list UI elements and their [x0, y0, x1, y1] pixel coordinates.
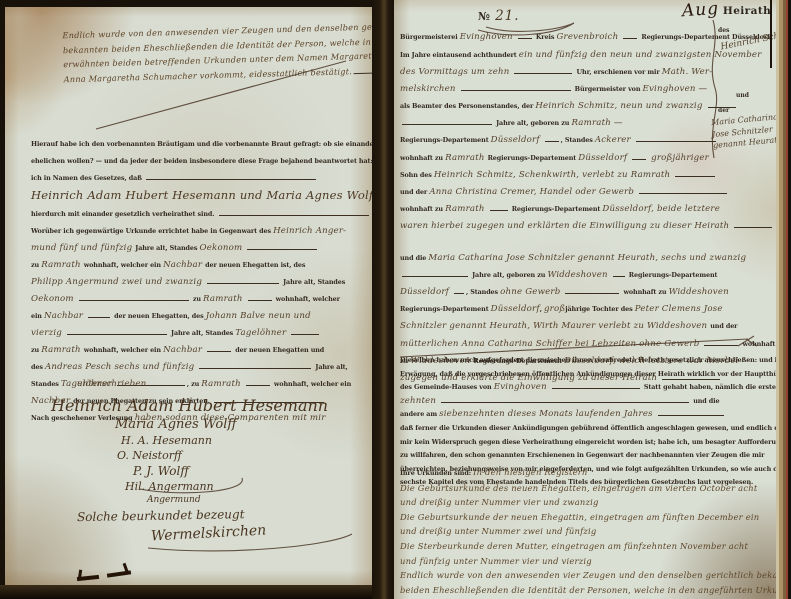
printed-text: wohnhaft zu: [400, 154, 445, 162]
text-line: mund fünf und fünfzig Jahre alt, Standes…: [31, 238, 367, 255]
ink-rule: [658, 410, 724, 416]
handwritten-text: waren hierbei zugegen und erklärten die …: [400, 221, 732, 231]
handwritten-text: und dreißig unter Nummer zwei und fünfzi…: [400, 526, 596, 536]
handwritten-text: Ramrath: [445, 153, 488, 163]
printed-text: des Gemeinde-Hauses von: [400, 383, 494, 391]
text-line: waren hierbei zugegen und erklärten die …: [400, 216, 714, 233]
ink-rule: [490, 205, 508, 211]
text-line: Sohn des Heinrich Schmitz, Schenkwirth, …: [400, 165, 714, 182]
printed-text: Regierungs-Departement: [400, 305, 491, 313]
record-body-text: Im Jahre eintausend achthundert ein und …: [400, 45, 714, 385]
ink-rule: [623, 33, 637, 39]
text-line: andere am siebenzehnten dieses Monats la…: [400, 406, 760, 420]
text-line: Oekonom zu Ramrath wohnhaft, welcher: [31, 289, 367, 306]
handwritten-text: Tagelöhner: [235, 328, 289, 338]
handwritten-text: siebenzehnten dieses Monats laufenden Ja…: [439, 409, 656, 419]
text-line: ehelichen wollen? — und da jeder der bei…: [31, 151, 367, 168]
handwritten-text: Heinrich Adam Hubert Hesemann und Maria …: [31, 188, 372, 202]
handwritten-text: und dreißig unter Nummer vier und zwanzi…: [400, 497, 599, 507]
printed-text: Jahre alt, Standes: [281, 278, 345, 286]
handwritten-text: Nachbar: [163, 260, 205, 270]
printed-text: und die: [400, 254, 428, 262]
handwritten-text: vierzig: [31, 328, 65, 338]
ink-rule: [565, 288, 619, 294]
printed-text: Im Jahre eintausend achthundert: [400, 51, 519, 59]
text-line: zu Ramrath wohnhaft, welcher ein Nachbar…: [31, 255, 367, 272]
text-line: und der Anna Christina Cremer, Handel od…: [400, 182, 714, 199]
printed-text: wohnhaft, welcher: [274, 295, 340, 303]
handwritten-text: Andreas Pesch sechs und fünfzig: [45, 362, 197, 372]
ink-rule: [248, 295, 272, 301]
printed-text: des: [31, 363, 45, 371]
handwritten-text: Math. Wer-: [662, 67, 713, 77]
text-line: des Andreas Pesch sechs und fünfzig Jahr…: [31, 357, 367, 374]
handwritten-text: Oekonom: [31, 294, 77, 304]
text-line: Die Sterbeurkunde deren Mutter, eingetra…: [400, 538, 768, 553]
text-line: mütterlichen Anna Catharina Schiffer bei…: [400, 334, 714, 351]
ink-rule: [632, 154, 646, 160]
handwritten-text: Evinghoven: [460, 32, 516, 42]
municipality-line: Bürgermeisterei Evinghoven Kreis Grevenb…: [400, 27, 720, 44]
handwritten-text: und fünfzig unter Nummer vier und vierzi…: [400, 556, 592, 566]
ink-rule: [402, 271, 468, 277]
handwritten-text: Endlich wurde von den anwesenden vier Ze…: [400, 570, 776, 580]
handwritten-text: ohne Gewerb: [500, 287, 563, 297]
printed-text: Regierungs-Departement: [627, 271, 718, 279]
text-line: Worüber ich gegenwärtige Urkunde erricht…: [31, 221, 367, 238]
printed-text: hierdurch mit einander gesetzlich verhei…: [31, 210, 217, 218]
handwritten-text: Die Geburtsurkunde der neuen Ehegattin, …: [400, 512, 759, 522]
handwritten-text: Ackerer: [595, 135, 634, 145]
text-line: Regierungs-Departement Düsseldorf, großj…: [400, 299, 714, 316]
printed-text: Jahre alt,: [313, 363, 347, 371]
text-line: ein Nachbar der neuen Ehegatten, des Joh…: [31, 306, 367, 323]
printed-text: Bürgermeister von: [573, 85, 643, 93]
handwritten-text: Heinrich Schmitz, Schenkwirth, verlebt z…: [434, 170, 673, 180]
handwritten-text: Die Sterbeurkunde deren Mutter, eingetra…: [400, 541, 748, 551]
text-line: Jahre alt, geboren zu Widdeshoven Regier…: [400, 265, 714, 282]
printed-text: daß ferner die Urkunden dieser Ankündigu…: [400, 424, 776, 432]
handwritten-text: Peter Clemens Jose: [635, 304, 723, 314]
book-fore-edge: [776, 0, 791, 599]
ink-blot: [107, 570, 131, 577]
handwritten-text: Oekonom: [200, 243, 246, 253]
printed-text: Jahre alt, Standes: [169, 329, 235, 337]
register-scan: Endlich wurde von den anwesenden vier Ze…: [0, 0, 791, 599]
bottom-shadow: [0, 585, 372, 599]
printed-text: Dieselben haben mich aufgefordert die zw…: [400, 356, 776, 364]
page-edge-line: [770, 0, 772, 68]
text-line: und die Maria Catharina Jose Schnitzler …: [400, 248, 714, 265]
handwritten-text: Grevenbroich: [556, 32, 621, 42]
printed-text: zu willfahren, den schon genannten Ersch…: [400, 451, 764, 459]
ink-rule: [704, 340, 738, 346]
printed-text: der neuen Ehegatten und: [233, 346, 324, 354]
handwritten-text: Evinghoven —: [643, 84, 708, 94]
printed-text: zu: [31, 346, 41, 354]
handwritten-text: Ramrath: [445, 204, 488, 214]
ink-rule: [518, 33, 532, 39]
handwritten-text: beiden Eheschließenden die Identität der…: [400, 585, 776, 595]
ink-rule: [199, 363, 311, 369]
text-line: Jahre alt, geboren zu Ramrath —: [400, 113, 714, 130]
text-line: Regierungs-Departement Düsseldorf , Stan…: [400, 130, 714, 147]
printed-text: wohnhaft zu: [621, 288, 668, 296]
handwritten-text: Die Geburtsurkunde des neuen Ehegatten, …: [400, 483, 757, 493]
text-line: Die Geburtsurkunde der neuen Ehegattin, …: [400, 509, 768, 524]
text-line: mir kein Widerspruch gegen diese Verheir…: [400, 434, 760, 448]
text-line: und dreißig unter Nummer zwei und fünfzi…: [400, 523, 768, 538]
printed-text: Regierungs-Departement: [400, 136, 491, 144]
ink-rule: [79, 295, 189, 301]
handwritten-text: melskirchen: [400, 84, 459, 94]
handwritten-text: In den hiesigen Registern: [473, 467, 587, 477]
printed-text: Kreis: [534, 33, 557, 41]
text-line: als Beamter des Personenstandes, der Hei…: [400, 96, 714, 113]
ink-rule: [291, 329, 319, 335]
ink-rule: [613, 271, 625, 277]
signature-block: Heinrich Adam Hubert Hesemann Maria Agne…: [33, 395, 363, 544]
handwritten-text: Nachbar: [163, 345, 205, 355]
printed-text: mir kein Widerspruch gegen diese Verheir…: [400, 438, 776, 446]
signature-witness: Hil. Angermann: [33, 479, 363, 494]
printed-text: Standes: [31, 380, 61, 388]
printed-text: Ihre Urkunden sind:: [400, 469, 473, 477]
handwritten-text: mund fünf und fünfzig: [31, 243, 135, 253]
documents-list: Ihre Urkunden sind: In den hiesigen Regi…: [400, 464, 768, 596]
margin-bride-name: Maria Catharina Jose Schnitzler genannt …: [711, 111, 776, 151]
handwritten-text: Düsseldorf: [400, 287, 452, 297]
signature-witness: P. J. Wolff: [33, 463, 363, 479]
text-line: zu willfahren, den schon genannten Ersch…: [400, 447, 760, 461]
printed-text: , Standes: [561, 136, 595, 144]
printed-text: wohnhaft, welcher ein: [84, 346, 163, 354]
handwritten-text: Düsseldorf, beide letztere: [602, 204, 720, 214]
handwritten-text: Maria Catharina Jose Schnitzler genannt …: [428, 253, 746, 263]
printed-text: und die: [691, 397, 719, 405]
ink-rule: [441, 397, 689, 403]
handwritten-text: mütterlichen Anna Catharina Schiffer bei…: [400, 339, 702, 349]
ink-rule: [354, 66, 372, 74]
printed-text: jährige Tochter des: [565, 305, 634, 313]
printed-text: wohnhaft zu: [400, 205, 445, 213]
printed-text: der neuen Ehegatten, des: [112, 312, 206, 320]
printed-text: Sohn des: [400, 171, 434, 179]
handwritten-text: Ramrath: [203, 294, 246, 304]
printed-text: wohnhaft: [740, 340, 775, 348]
handwritten-text: Schnitzler genannt Heurath, Wirth Maurer…: [400, 321, 710, 331]
handwritten-text: groß: [544, 304, 565, 314]
printed-text: ich in Namen des Gesetzes, daß: [31, 174, 144, 182]
numero-sign: №: [478, 10, 490, 23]
text-line: Im Jahre eintausend achthundert ein und …: [400, 45, 714, 62]
printed-text: und der: [710, 322, 737, 330]
handwritten-text: Nachbar: [44, 311, 86, 321]
printed-text: Regierungs-Departement: [488, 154, 579, 162]
ink-rule: [247, 244, 317, 250]
ink-rule: [461, 85, 571, 91]
ink-rule: [514, 68, 572, 74]
printed-text: Regierungs-Departement: [510, 205, 603, 213]
printed-text: der neuen Ehegatten ist, des: [205, 261, 305, 269]
text-line: Schnitzler genannt Heurath, Wirth Maurer…: [400, 316, 714, 333]
printed-text: zu: [31, 261, 41, 269]
text-line: Dieselben haben mich aufgefordert die zw…: [400, 352, 760, 366]
printed-text: und der: [400, 188, 429, 196]
text-line: zehnten und die: [400, 393, 760, 407]
ink-rule: [246, 380, 270, 386]
printed-text: ehelichen wollen? — und da jeder der bei…: [31, 157, 372, 165]
signature-bride: Maria Agnes Wolff: [33, 416, 363, 433]
handwritten-text: Philipp Angermund zwei und zwanzig: [31, 277, 205, 287]
printed-text: als Beamter des Personenstandes, der: [400, 102, 535, 110]
handwritten-text: Heinrich Anger-: [273, 226, 346, 236]
closing-note: Endlich wurde von den anwesenden vier Ze…: [62, 19, 370, 86]
ink-rule: [675, 171, 715, 177]
text-line: Erwägung, daß die vorgeschriebenen öffen…: [400, 366, 760, 380]
signature-groom: Heinrich Adam Hubert Hesemann: [33, 395, 363, 416]
margin-und-label: und: [736, 92, 749, 99]
ink-rule: [207, 278, 279, 284]
handwritten-text: Ramrath: [41, 345, 84, 355]
text-line: hierdurch mit einander gesetzlich verhei…: [31, 204, 367, 221]
margin-der-label: der: [718, 107, 729, 114]
ink-rule: [639, 188, 727, 194]
ink-rule: [67, 329, 167, 335]
printed-text: Uhr, erschienen vor mir: [574, 68, 661, 76]
printed-text: Erwägung, daß die vorgeschriebenen öffen…: [400, 370, 776, 378]
ink-rule: [552, 383, 640, 389]
handwritten-text: Düsseldorf: [491, 304, 540, 314]
printed-text: zu: [191, 295, 203, 303]
handwritten-text: Evinghoven: [494, 382, 550, 392]
text-line: Heinrich Adam Hubert Hesemann und Maria …: [31, 185, 367, 204]
text-line: Düsseldorf , Standes ohne Gewerb wohnhaf…: [400, 282, 714, 299]
text-line: und dreißig unter Nummer vier und zwanzi…: [400, 494, 768, 509]
left-page: Endlich wurde von den anwesenden vier Ze…: [5, 7, 372, 586]
signature-witness: H. A. Hesemann: [33, 433, 363, 448]
printed-text: Bürgermeisterei: [400, 33, 460, 41]
ink-rule: [454, 288, 464, 294]
text-line: ich in Namen des Gesetzes, daß: [31, 168, 367, 185]
handwritten-text: Widdeshoven: [547, 270, 610, 280]
handwritten-text: Anna Christina Cremer, Handel oder Gewer…: [429, 187, 637, 197]
text-line: beiden Eheschließenden die Identität der…: [400, 582, 768, 597]
book-gutter: [372, 0, 394, 599]
printed-text: Worüber ich gegenwärtige Urkunde erricht…: [31, 227, 273, 235]
attestation-label: unterschrieben: [77, 379, 146, 389]
printed-text: , zu: [187, 380, 201, 388]
text-line: Bürgermeisterei Evinghoven Kreis Grevenb…: [400, 27, 720, 44]
handwritten-text: Düsseldorf: [578, 153, 630, 163]
text-line: des Gemeinde-Hauses von Evinghoven Statt…: [400, 379, 760, 393]
record-number: № 21.: [478, 5, 618, 24]
printed-text: Statt gehabt haben, nämlich die erste am: [642, 383, 776, 391]
ink-rule: [207, 346, 231, 352]
printed-text: Jahre alt, Standes: [135, 244, 199, 252]
handwritten-text: Ramrath: [41, 260, 84, 270]
printed-text: ein: [31, 312, 44, 320]
month-annotation: Aug: [681, 0, 719, 21]
text-line: Philipp Angermund zwei und zwanzig Jahre…: [31, 272, 367, 289]
ink-rule: [88, 312, 110, 318]
signature-witness: O. Neistorff: [33, 448, 363, 463]
right-page: Aug № 21. Bürgermeisterei Evinghoven Kre…: [394, 0, 776, 599]
printed-text: Jahre alt, geboren zu: [494, 119, 571, 127]
text-line: Endlich wurde von den anwesenden vier Ze…: [400, 567, 768, 582]
handwritten-text: Ramrath: [201, 379, 244, 389]
text-line: Die Geburtsurkunde des neuen Ehegatten, …: [400, 480, 768, 495]
text-line: melskirchen Bürgermeister von Evinghoven…: [400, 79, 714, 96]
text-line: wohnhaft zu Ramrath Regierungs-Departeme…: [400, 199, 714, 216]
handwritten-text: zehnten: [400, 396, 439, 406]
ink-rule: [545, 136, 559, 142]
ink-blot: [77, 575, 99, 581]
printed-text: Jahre alt, geboren zu: [470, 271, 547, 279]
text-line: vierzig Jahre alt, Standes Tagelöhner: [31, 323, 367, 340]
ink-rule: [402, 119, 492, 125]
margin-index: Heirath des Heinrich Schmitz und der Mar…: [718, 5, 776, 17]
printed-text: , Standes: [466, 288, 500, 296]
handwritten-text: Ramrath —: [571, 118, 622, 128]
text-line: zu Ramrath wohnhaft, welcher ein Nachbar…: [31, 340, 367, 357]
handwritten-text: Widdeshoven: [669, 287, 729, 297]
ink-rule: [219, 210, 369, 216]
margin-heading: Heirath: [718, 5, 776, 17]
ink-rule: [734, 222, 772, 228]
text-line: Ihre Urkunden sind: In den hiesigen Regi…: [400, 464, 768, 480]
printed-text: andere am: [400, 410, 439, 418]
handwritten-text: großjähriger: [648, 153, 709, 163]
printed-text: wohnhaft, welcher ein: [272, 380, 351, 388]
ink-rule: [636, 136, 716, 142]
ink-rule: [146, 174, 316, 180]
margin-des-label: des: [718, 27, 729, 34]
record-number-value: 21.: [495, 8, 519, 24]
printed-text: Hierauf habe ich den vorbenannten Bräuti…: [31, 140, 372, 148]
text-line: daß ferner die Urkunden dieser Ankündigu…: [400, 420, 760, 434]
printed-text: wohnhaft, welcher ein: [84, 261, 163, 269]
text-line: Hierauf habe ich den vorbenannten Bräuti…: [31, 134, 367, 151]
handwritten-text: des Vormittags um zehn: [400, 67, 512, 77]
handwritten-text: Düsseldorf: [491, 135, 543, 145]
text-line: des Vormittags um zehn Uhr, erschienen v…: [400, 62, 714, 79]
text-line: wohnhaft zu Ramrath Regierungs-Departeme…: [400, 148, 714, 165]
text-line: und fünfzig unter Nummer vier und vierzi…: [400, 553, 768, 568]
handwritten-text: Heinrich Schmitz, neun und zwanzig: [535, 101, 705, 111]
handwritten-text: Johann Balve neun und: [206, 311, 311, 321]
